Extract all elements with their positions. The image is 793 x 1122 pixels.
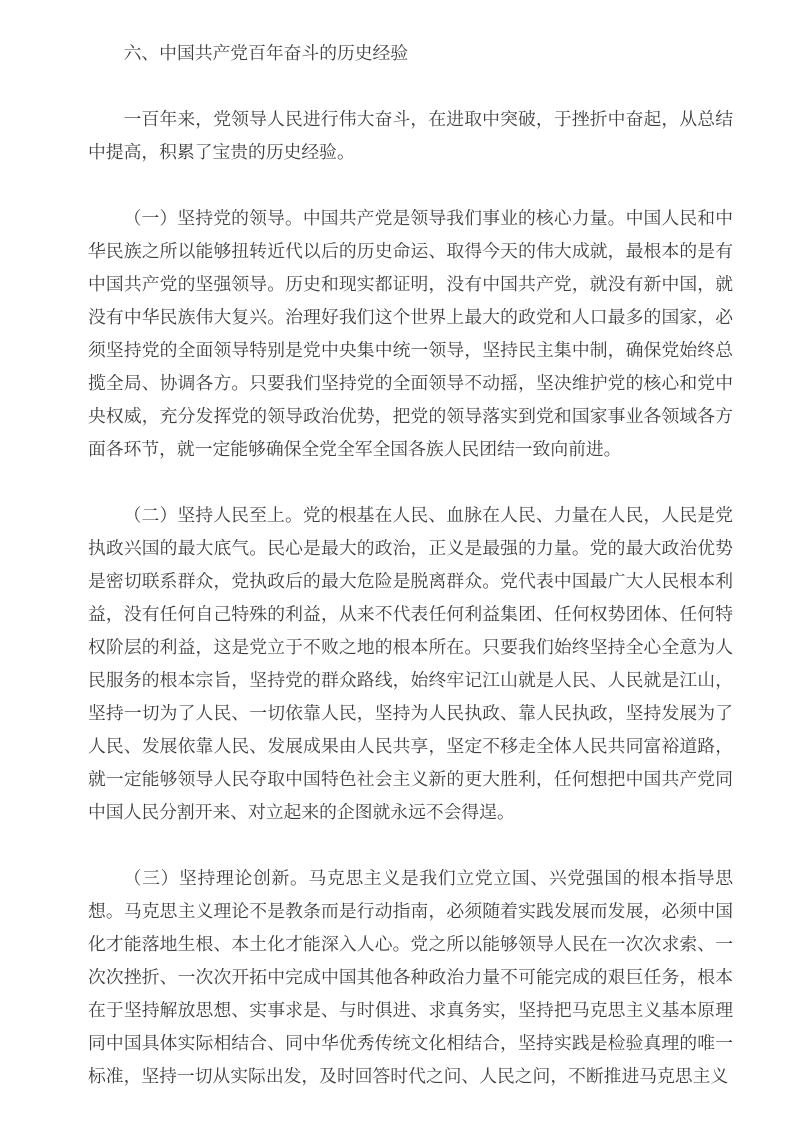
- document-page: 六、中国共产党百年奋斗的历史经验 一百年来，党领导人民进行伟大奋斗，在进取中突破…: [0, 0, 793, 1122]
- paragraph-one-party-leadership: （一）坚持党的领导。中国共产党是领导我们事业的核心力量。中国人民和中华民族之所以…: [88, 202, 733, 466]
- paragraph-two-people-first: （二）坚持人民至上。党的根基在人民、血脉在人民、力量在人民，人民是党执政兴国的最…: [88, 499, 733, 829]
- paragraph-three-theoretical-innovation: （三）坚持理论创新。马克思主义是我们立党立国、兴党强国的根本指导思想。马克思主义…: [88, 862, 733, 1093]
- paragraph-intro: 一百年来，党领导人民进行伟大奋斗，在进取中突破，于挫折中奋起，从总结中提高，积累…: [88, 103, 733, 169]
- document-heading: 六、中国共产党百年奋斗的历史经验: [88, 37, 733, 70]
